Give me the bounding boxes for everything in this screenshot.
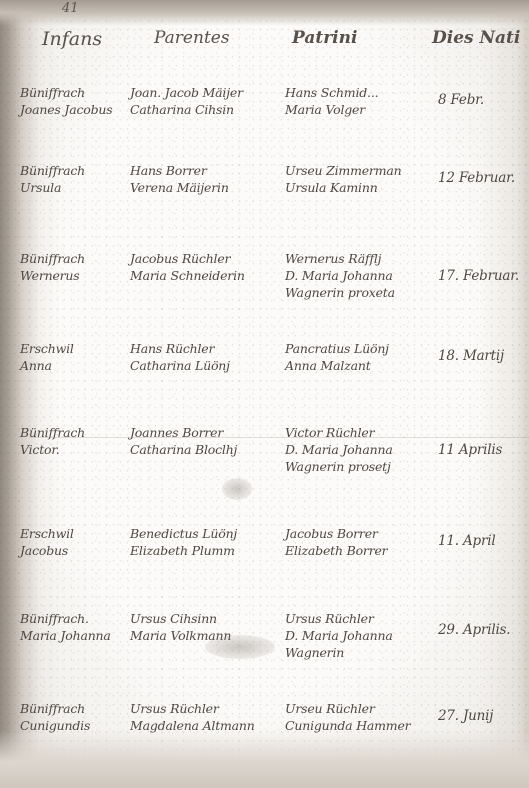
paper-texture	[0, 0, 529, 788]
godmother-name: Anna Malzant	[285, 357, 435, 374]
birth-date: 18. Martij	[438, 348, 529, 365]
place-name: Erschwil	[20, 340, 130, 357]
scan-shadow-bottom	[0, 730, 529, 788]
parents-cell: Hans Borrer Verena Mäijerin	[130, 162, 280, 196]
godparents-cell: Victor Rüchler D. Maria Johanna Wagnerin…	[285, 424, 435, 475]
infant-cell: Büniffrach Joanes Jacobus	[20, 84, 130, 118]
godparents-cell: Hans Schmid... Maria Volger	[285, 84, 435, 118]
place-name: Büniffrach	[20, 250, 130, 267]
infant-cell: Erschwil Jacobus	[20, 525, 130, 559]
mother-name: Elizabeth Plumm	[130, 542, 280, 559]
infant-cell: Büniffrach. Maria Johanna	[20, 610, 130, 644]
mother-name: Verena Mäijerin	[130, 179, 280, 196]
ink-smudge	[205, 635, 275, 659]
place-name: Büniffrach	[20, 424, 130, 441]
parents-cell: Ursus Rüchler Magdalena Altmann	[130, 700, 280, 734]
infant-name: Victor.	[20, 441, 130, 458]
godparents-cell: Jacobus Borrer Elizabeth Borrer	[285, 525, 435, 559]
infant-cell: Büniffrach Wernerus	[20, 250, 130, 284]
godmother-surname: Wagnerin	[285, 644, 435, 661]
infant-cell: Büniffrach Ursula	[20, 162, 130, 196]
godparents-cell: Urseu Rüchler Cunigunda Hammer	[285, 700, 435, 734]
godfather-name: Victor Rüchler	[285, 424, 435, 441]
infant-name: Cunigundis	[20, 717, 130, 734]
birth-date: 27. Junij	[438, 708, 529, 725]
infant-cell: Erschwil Anna	[20, 340, 130, 374]
infant-name: Ursula	[20, 179, 130, 196]
godfather-name: Jacobus Borrer	[285, 525, 435, 542]
parents-cell: Benedictus Lüönj Elizabeth Plumm	[130, 525, 280, 559]
godparents-cell: Urseu Zimmerman Ursula Kaminn	[285, 162, 435, 196]
godparents-cell: Pancratius Lüönj Anna Malzant	[285, 340, 435, 374]
father-name: Benedictus Lüönj	[130, 525, 280, 542]
birth-date: 29. Aprilis.	[438, 622, 529, 639]
godfather-name: Pancratius Lüönj	[285, 340, 435, 357]
godmother-name: D. Maria Johanna	[285, 267, 435, 284]
birth-date: 11 Aprilis	[438, 442, 529, 459]
parents-cell: Jacobus Rüchler Maria Schneiderin	[130, 250, 280, 284]
godfather-name: Urseu Zimmerman	[285, 162, 435, 179]
godfather-name: Hans Schmid...	[285, 84, 435, 101]
godfather-name: Ursus Rüchler	[285, 610, 435, 627]
godmother-name: Cunigunda Hammer	[285, 717, 435, 734]
register-page: 41 Infans Parentes Patrini Dies Nati Bün…	[0, 0, 529, 788]
place-name: Büniffrach	[20, 162, 130, 179]
ink-blot	[222, 478, 252, 500]
place-name: Erschwil	[20, 525, 130, 542]
infant-name: Joanes Jacobus	[20, 101, 130, 118]
parents-cell: Hans Rüchler Catharina Lüönj	[130, 340, 280, 374]
header-parentes: Parentes	[154, 28, 230, 48]
page-number: 41	[62, 1, 79, 16]
godparents-cell: Wernerus Räfflj D. Maria Johanna Wagneri…	[285, 250, 435, 301]
parents-cell: Joan. Jacob Mäijer Catharina Cihsin	[130, 84, 280, 118]
column-headers: Infans Parentes Patrini Dies Nati	[0, 28, 529, 58]
godfather-name: Wernerus Räfflj	[285, 250, 435, 267]
mother-name: Catharina Cihsin	[130, 101, 280, 118]
godmother-surname: Wagnerin prosetj	[285, 458, 435, 475]
godmother-surname: Wagnerin proxeta	[285, 284, 435, 301]
infant-name: Jacobus	[20, 542, 130, 559]
place-name: Büniffrach	[20, 700, 130, 717]
parents-cell: Joannes Borrer Catharina Bloclhj	[130, 424, 280, 458]
birth-date: 12 Februar.	[438, 170, 529, 187]
godmother-name: Ursula Kaminn	[285, 179, 435, 196]
father-name: Ursus Rüchler	[130, 700, 280, 717]
godmother-name: D. Maria Johanna	[285, 627, 435, 644]
header-patrini: Patrini	[292, 28, 357, 48]
infant-name: Maria Johanna	[20, 627, 130, 644]
header-infans: Infans	[42, 28, 102, 50]
father-name: Joan. Jacob Mäijer	[130, 84, 280, 101]
scan-shadow-top	[0, 0, 529, 26]
father-name: Ursus Cihsinn	[130, 610, 280, 627]
godmother-name: D. Maria Johanna	[285, 441, 435, 458]
birth-date: 17. Februar.	[438, 268, 529, 285]
father-name: Jacobus Rüchler	[130, 250, 280, 267]
birth-date: 11. April	[438, 533, 529, 550]
place-name: Büniffrach.	[20, 610, 130, 627]
infant-cell: Büniffrach Victor.	[20, 424, 130, 458]
mother-name: Catharina Bloclhj	[130, 441, 280, 458]
mother-name: Magdalena Altmann	[130, 717, 280, 734]
infant-name: Wernerus	[20, 267, 130, 284]
godmother-name: Elizabeth Borrer	[285, 542, 435, 559]
father-name: Joannes Borrer	[130, 424, 280, 441]
birth-date: 8 Febr.	[438, 92, 529, 109]
infant-name: Anna	[20, 357, 130, 374]
mother-name: Maria Schneiderin	[130, 267, 280, 284]
father-name: Hans Rüchler	[130, 340, 280, 357]
godfather-name: Urseu Rüchler	[285, 700, 435, 717]
header-dies-nati: Dies Nati	[432, 28, 520, 48]
godparents-cell: Ursus Rüchler D. Maria Johanna Wagnerin	[285, 610, 435, 661]
father-name: Hans Borrer	[130, 162, 280, 179]
mother-name: Catharina Lüönj	[130, 357, 280, 374]
godmother-name: Maria Volger	[285, 101, 435, 118]
infant-cell: Büniffrach Cunigundis	[20, 700, 130, 734]
place-name: Büniffrach	[20, 84, 130, 101]
